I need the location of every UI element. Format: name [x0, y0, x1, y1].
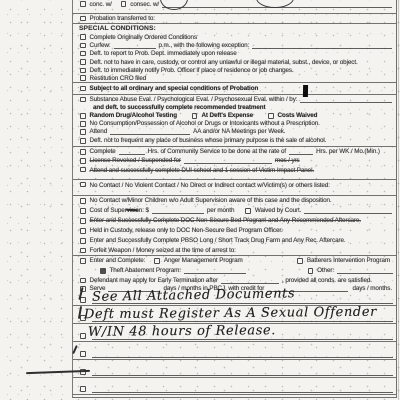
row-sentence-structure: conc. w/consec. w/	[73, 0, 396, 8]
form-text: Deft. not to have in care, custody, or c…	[90, 59, 358, 66]
form-text: Cost of Supervision: $	[90, 207, 149, 214]
handwritten-line: W/IN 48 hours of Release.	[88, 323, 276, 340]
form-row: Substance Abuse Eval. / Psychological Ev…	[73, 95, 396, 104]
form-row: AttendAA and/or NA Meetings per Week.	[73, 128, 396, 136]
form-row: Subject to all ordinary and special cond…	[73, 83, 396, 95]
checkbox[interactable]	[245, 208, 251, 214]
checkbox[interactable]	[80, 208, 86, 214]
checkbox[interactable]	[80, 68, 86, 74]
blank-underline[interactable]	[184, 267, 246, 274]
form-text: Anger Management Program	[164, 257, 243, 264]
handwritten-line: Deft must Register As A Sexual Offender	[84, 305, 377, 323]
checkbox[interactable]	[80, 97, 86, 103]
form-text: Complete	[90, 148, 116, 155]
row-section-header: SPECIAL CONDITIONS:	[73, 24, 396, 33]
checkbox[interactable]	[80, 75, 86, 81]
form-row: Curfew:p.m., with the following exceptio…	[73, 41, 396, 49]
form-row: Deft. not to frequent any place of busin…	[73, 136, 396, 147]
form-text: Held in Custody, release only to DOC Non…	[90, 227, 283, 234]
form-text: Waived by Court.	[255, 207, 301, 214]
form-text: Attend and successfully complete DUI sch…	[90, 167, 315, 174]
form-text: , provided all conds. are satisfied.	[282, 277, 372, 284]
checkbox[interactable]	[80, 86, 86, 92]
form-text: Enter and Complete:	[90, 257, 146, 264]
form-row: Enter and Successfully Complete DOC Non-…	[73, 216, 396, 226]
form-text: Hrs. per WK / Mo.(Min.)	[316, 148, 380, 155]
form-row: Restitution CRO filed	[73, 74, 396, 83]
form-row: No Contact w/Minor Children w/o Adult Su…	[73, 196, 396, 206]
form-text: Hrs. of Community Service to be done at …	[148, 148, 286, 155]
form-text: days / months.	[352, 285, 392, 292]
form-row: Deft. to report to Prob. Dept. immediate…	[73, 50, 396, 58]
checkbox[interactable]	[80, 121, 86, 127]
checkbox[interactable]	[80, 258, 86, 264]
blank-underline[interactable]	[184, 157, 272, 164]
checkbox[interactable]	[80, 238, 86, 244]
form-text: Forfeit Weapon / Money seized at the tim…	[90, 247, 236, 254]
form-text: Costs Waived	[278, 112, 318, 119]
checkbox[interactable]	[80, 248, 86, 254]
form-row: Enter and Successfully Complete PBSO Lon…	[73, 236, 396, 246]
checkbox[interactable]	[80, 158, 86, 164]
form-row: Forfeit Weapon / Money seized at the tim…	[73, 246, 396, 256]
checkbox[interactable]	[308, 268, 314, 274]
row-probation-transferred: Probation transferred to:	[73, 14, 396, 24]
checkbox[interactable]	[297, 258, 303, 264]
checkbox[interactable]	[80, 149, 86, 155]
form-text: No Contact w/Minor Children w/o Adult Su…	[90, 197, 332, 204]
form-row: No Contact / No Violent Contact / No Dir…	[73, 180, 396, 196]
form-text: Enter and Successfully Complete DOC Non-…	[90, 217, 361, 224]
form-text: Attend	[90, 128, 108, 135]
form-row: Theft Abatement Program:Other:	[73, 266, 396, 276]
form-text: Enter and Successfully Complete PBSO Lon…	[90, 237, 346, 244]
form-text: Probation transferred to:	[90, 15, 155, 22]
form-text: Theft Abatement Program:	[110, 267, 181, 274]
checkbox[interactable]	[80, 218, 86, 224]
checkbox[interactable]	[80, 278, 86, 284]
redaction-mark	[303, 85, 308, 97]
form-text: conc. w/	[90, 1, 112, 8]
form-text: Other:	[317, 267, 334, 274]
form-text: and deft. to successfully complete recom…	[93, 104, 266, 111]
blank-underline[interactable]	[92, 369, 394, 376]
form-row: Deft. not to have in care, custody, or c…	[73, 58, 396, 66]
checkbox[interactable]	[268, 113, 274, 119]
form-text: consec. w/	[130, 1, 159, 8]
blank-write-in-row	[73, 378, 396, 395]
form-text: Batterers Intervention Program	[307, 257, 390, 264]
checkbox[interactable]	[80, 333, 86, 339]
blank-underline[interactable]	[300, 96, 392, 103]
form-text: AA and/or NA Meetings per Week.	[193, 128, 285, 135]
checkbox-filled[interactable]	[100, 268, 106, 274]
blank-write-in-row	[73, 342, 396, 360]
checkbox[interactable]	[80, 16, 86, 22]
checkbox[interactable]	[80, 351, 86, 357]
form-row: Deft. to immediately notify Prob. Office…	[73, 66, 396, 74]
blank-underline[interactable]	[304, 207, 392, 214]
page-edge	[398, 0, 399, 400]
checkbox[interactable]	[80, 198, 86, 204]
blank-underline[interactable]	[114, 42, 156, 49]
blank-underline[interactable]	[110, 128, 190, 135]
checkbox[interactable]	[80, 34, 86, 40]
blank-underline[interactable]	[152, 207, 204, 214]
form-text: Deft. to report to Prob. Dept. immediate…	[90, 50, 237, 57]
blank-write-in-row	[73, 360, 396, 378]
blank-underline[interactable]	[221, 277, 279, 284]
blank-underline[interactable]	[337, 267, 393, 274]
form-text: Deft. not to frequent any place of busin…	[90, 137, 327, 144]
form-text: Subject to all ordinary and special cond…	[90, 85, 259, 92]
form-row: CompleteHrs. of Community Service to be …	[73, 147, 396, 157]
blank-underline[interactable]	[252, 42, 392, 49]
blank-underline[interactable]	[119, 148, 145, 155]
checkbox[interactable]	[121, 1, 127, 7]
form-row: Defendant may apply for Early Terminatio…	[73, 276, 396, 285]
checkbox[interactable]	[80, 51, 86, 57]
blank-underline[interactable]	[92, 386, 394, 393]
checkbox[interactable]	[80, 1, 86, 7]
form-row: Cost of Supervision: $per monthWaived by…	[73, 206, 396, 216]
form-row: Random Drug/Alcohol TestingAt Deft's Exp…	[73, 112, 396, 120]
form-text: per month	[207, 207, 234, 214]
form-text: No Contact / No Violent Contact / No Dir…	[90, 182, 330, 189]
checkbox[interactable]	[80, 129, 86, 135]
form-text: Deft. to immediately notify Prob. Office…	[90, 67, 294, 74]
checkbox[interactable]	[80, 167, 86, 173]
form-text: License Revoked / Suspended for	[90, 157, 181, 164]
form-text: p.m., with the following exception:	[159, 42, 250, 49]
form-text: Substance Abuse Eval. / Psychological Ev…	[90, 96, 298, 103]
form-row: License Revoked / Suspended formos / yrs	[73, 157, 396, 165]
checkbox[interactable]	[80, 138, 86, 144]
form-row: Held in Custody, release only to DOC Non…	[73, 226, 396, 236]
checkbox[interactable]	[80, 228, 86, 234]
checkbox[interactable]	[80, 113, 86, 119]
checkbox[interactable]	[80, 386, 86, 392]
checkbox[interactable]	[80, 182, 86, 188]
form-row: Complete Originally Ordered Conditions	[73, 33, 396, 41]
checkbox[interactable]	[80, 297, 86, 303]
checkbox[interactable]	[192, 113, 198, 119]
checkbox[interactable]	[80, 59, 86, 65]
form-text: At Deft's Expense	[201, 112, 253, 119]
form-text: mos / yrs	[275, 157, 300, 164]
form-text: Defendant may apply for Early Terminatio…	[90, 277, 219, 284]
checkbox[interactable]	[154, 258, 160, 264]
form-text: SPECIAL CONDITIONS:	[79, 25, 156, 32]
form-text: Restitution CRO filed	[90, 75, 147, 82]
form-text: No Consumption/Possession of Alcohol or …	[90, 120, 320, 127]
form-text: Complete Originally Ordered Conditions	[90, 34, 198, 41]
scanned-form-page: conc. w/consec. w/Probation transferred …	[0, 0, 400, 400]
blank-underline[interactable]	[289, 148, 313, 155]
form-row: No Consumption/Possession of Alcohol or …	[73, 120, 396, 128]
form-row: and deft. to successfully complete recom…	[73, 104, 396, 112]
blank-underline[interactable]	[92, 351, 394, 358]
checkbox[interactable]	[80, 43, 86, 49]
form-text: Random Drug/Alcohol Testing	[90, 112, 177, 119]
form-row: Attend and successfully complete DUI sch…	[73, 165, 396, 180]
form-text: Curfew:	[90, 42, 111, 49]
form-row: Enter and Complete:Anger Management Prog…	[73, 256, 396, 266]
